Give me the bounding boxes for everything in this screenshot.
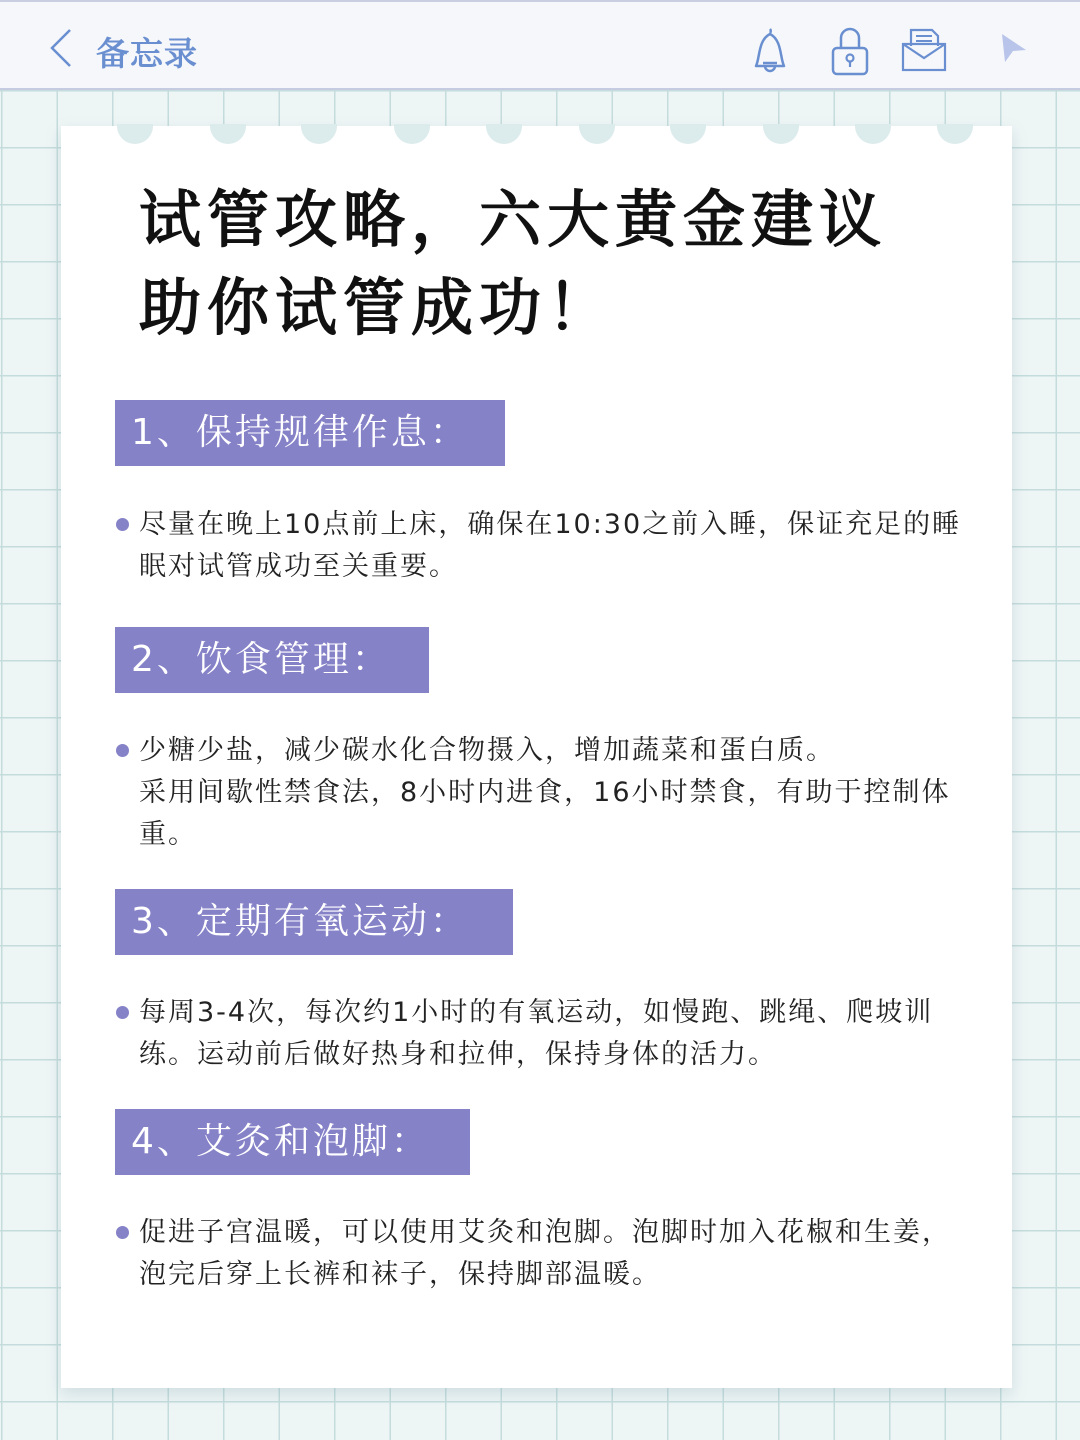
app-title: 备忘录 [96,28,198,75]
binder-hole [670,124,706,144]
section-label-4: 4、艾灸和泡脚： [115,1109,470,1175]
body-text: 少糖少盐，减少碳水化合物摄入，增加蔬菜和蛋白质。 [139,730,975,772]
back-button[interactable] [44,26,84,70]
body-text: 尽量在晚上10点前上床，确保在10:30之前入睡，保证充足的睡眠对试管成功至关重… [139,504,975,588]
top-bar: 备忘录 [0,0,1080,90]
section-body-1: 尽量在晚上10点前上床，确保在10:30之前入睡，保证充足的睡眠对试管成功至关重… [115,504,975,588]
binder-hole [855,124,891,144]
note-paper: 试管攻略，六大黄金建议 助你试管成功！ 1、保持规律作息： 尽量在晚上10点前上… [61,126,1012,1388]
send-button[interactable] [996,24,1032,76]
section-label-1: 1、保持规律作息： [115,400,505,466]
section-body-4: 促进子宫温暖，可以使用艾灸和泡脚。泡脚时加入花椒和生姜，泡完后穿上长裤和袜子，保… [115,1212,975,1296]
share-mail-button[interactable] [900,24,948,76]
body-text: 采用间歇性禁食法，8小时内进食，16小时禁食，有助于控制体重。 [139,772,975,856]
bullet-dot [116,744,129,757]
binder-hole [301,124,337,144]
section-label-3: 3、定期有氧运动： [115,889,513,955]
section-body-2: 少糖少盐，减少碳水化合物摄入，增加蔬菜和蛋白质。 采用间歇性禁食法，8小时内进食… [115,730,975,856]
binder-hole [486,124,522,144]
binder-hole [210,124,246,144]
bullet-dot [116,518,129,531]
section-body-3: 每周3-4次，每次约1小时的有氧运动，如慢跑、跳绳、爬坡训练。运动前后做好热身和… [115,992,975,1076]
section-label-2: 2、饮食管理： [115,627,429,693]
lock-icon [826,24,874,76]
chevron-left-icon [44,26,84,70]
mail-icon [900,24,948,76]
binder-hole [937,124,973,144]
lock-button[interactable] [826,24,874,76]
body-text: 每周3-4次，每次约1小时的有氧运动，如慢跑、跳绳、爬坡训练。运动前后做好热身和… [139,992,975,1076]
binder-hole [394,124,430,144]
bullet-dot [116,1006,129,1019]
bullet-dot [116,1226,129,1239]
reminder-button[interactable] [746,24,794,76]
cursor-arrow-icon [996,24,1032,76]
note-title: 试管攻略，六大黄金建议 助你试管成功！ [139,176,959,352]
note-title-line-2: 助你试管成功！ [139,264,959,352]
body-text: 促进子宫温暖，可以使用艾灸和泡脚。泡脚时加入花椒和生姜，泡完后穿上长裤和袜子，保… [139,1212,975,1296]
note-title-line-1: 试管攻略，六大黄金建议 [139,176,959,264]
binder-hole [117,124,153,144]
binder-hole [763,124,799,144]
binder-hole [579,124,615,144]
bell-icon [746,24,794,76]
